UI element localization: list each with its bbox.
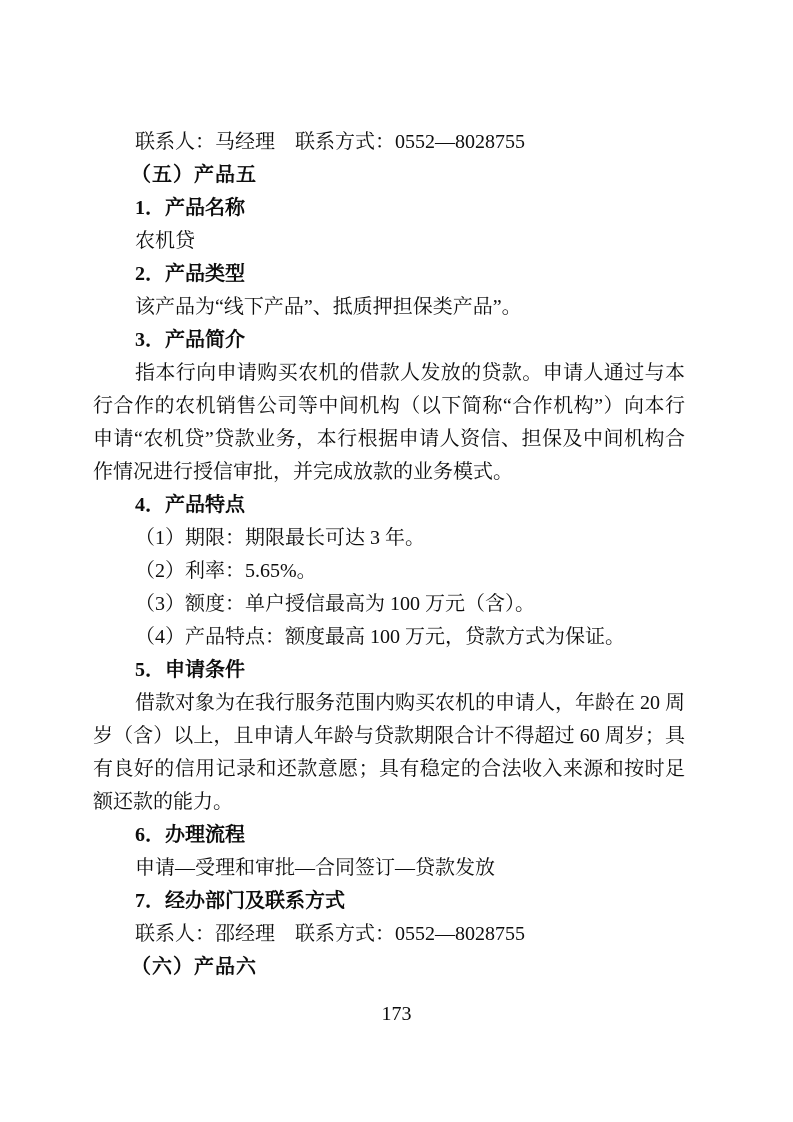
feature-item-rate: （2）利率：5.65%。: [93, 555, 685, 588]
feature-item-term: （1）期限：期限最长可达 3 年。: [93, 522, 685, 555]
feature-item-limit: （3）额度：单户授信最高为 100 万元（含）。: [93, 588, 685, 621]
process-flow-text: 申请—受理和审批—合同签订—贷款发放: [93, 852, 685, 885]
product-name-text: 农机贷: [93, 225, 685, 258]
product-type-text: 该产品为“线下产品”、抵质押担保类产品”。: [93, 291, 685, 324]
section-heading-product-six: （六）产品六: [93, 951, 685, 984]
heading-process: 6．办理流程: [93, 819, 685, 852]
document-page: 联系人：马经理 联系方式：0552—8028755 （五）产品五 1．产品名称 …: [0, 0, 793, 1122]
heading-application-conditions: 5．申请条件: [93, 654, 685, 687]
page-number: 173: [0, 1002, 793, 1026]
heading-product-type: 2．产品类型: [93, 258, 685, 291]
heading-product-features: 4．产品特点: [93, 489, 685, 522]
contact-line-manager-ma: 联系人：马经理 联系方式：0552—8028755: [93, 126, 685, 159]
section-heading-product-five: （五）产品五: [93, 159, 685, 192]
document-content: 联系人：马经理 联系方式：0552—8028755 （五）产品五 1．产品名称 …: [93, 126, 685, 984]
application-conditions-paragraph: 借款对象为在我行服务范围内购买农机的申请人，年龄在 20 周岁（含）以上，且申请…: [93, 687, 685, 819]
feature-item-summary: （4）产品特点：额度最高 100 万元，贷款方式为保证。: [93, 621, 685, 654]
product-intro-paragraph: 指本行向申请购买农机的借款人发放的贷款。申请人通过与本行合作的农机销售公司等中间…: [93, 357, 685, 489]
heading-product-intro: 3．产品简介: [93, 324, 685, 357]
heading-department-contact: 7．经办部门及联系方式: [93, 885, 685, 918]
contact-line-manager-shao: 联系人：邵经理 联系方式：0552—8028755: [93, 918, 685, 951]
heading-product-name: 1．产品名称: [93, 192, 685, 225]
